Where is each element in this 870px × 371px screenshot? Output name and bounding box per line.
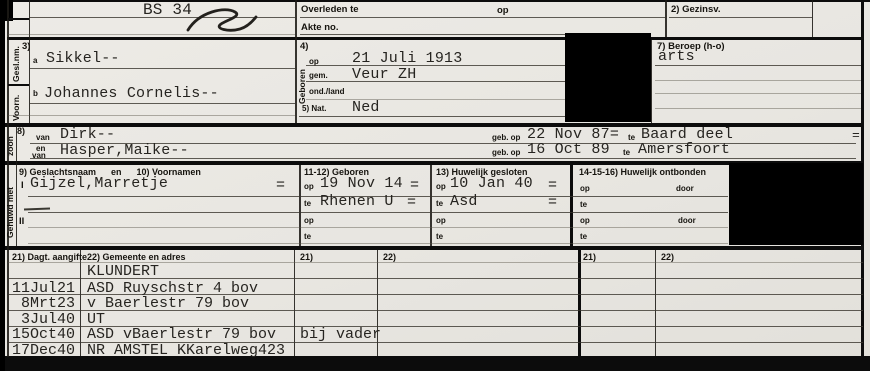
- dissolved-door-label: door: [676, 184, 694, 193]
- father-name-value: Dirk--: [60, 126, 115, 143]
- beroep-value: arts: [658, 48, 695, 65]
- divider: [0, 246, 863, 250]
- born-op2-label: op: [304, 216, 314, 225]
- register-row-address: NR AMSTEL KKarelweg423: [87, 342, 285, 359]
- rule: [655, 80, 861, 81]
- rule: [30, 103, 295, 104]
- marriage-place-value: Asd: [450, 193, 478, 210]
- divider: [430, 165, 432, 246]
- register-row-date: 15Oct40: [8, 326, 75, 343]
- divider: [16, 126, 17, 246]
- geboren-side-label: Geboren: [297, 69, 307, 104]
- nationality-value: Ned: [352, 99, 380, 116]
- te2-label: te: [623, 148, 630, 157]
- mother-birthplace-value: Amersfoort: [638, 141, 730, 158]
- rule: [306, 81, 565, 82]
- register-row-date: 17Dec40: [8, 342, 75, 359]
- dissolved-te-label: te: [580, 200, 587, 209]
- register-col1-header: 21) Dagt. aangifte: [12, 252, 87, 262]
- van-label: van: [36, 133, 50, 142]
- divider: [578, 250, 581, 356]
- surname-value: Sikkel--: [46, 50, 120, 67]
- op-label: op: [497, 5, 509, 16]
- wed-te-label: te: [436, 199, 443, 208]
- mother-birthdate-value: 16 Oct 89: [527, 141, 610, 158]
- dissolved-op2-label: op: [580, 216, 590, 225]
- registration-card: BS 34 Overleden te op Akte no. 2) Gezins…: [0, 0, 870, 371]
- register-col2-header: 22) Gemeente en adres: [87, 252, 186, 262]
- dissolved-op-label: op: [580, 184, 590, 193]
- rule: [299, 116, 565, 117]
- field-3-label: 3): [22, 41, 30, 52]
- divider: [7, 37, 863, 40]
- birth-op-label: op: [309, 57, 319, 66]
- wed-te2-label: te: [436, 232, 443, 241]
- divider: [651, 40, 652, 123]
- field-4-label: 4): [300, 41, 308, 52]
- geb-op-label: geb. op: [492, 133, 520, 142]
- redaction-box: [729, 163, 863, 245]
- wed-op-label: op: [436, 182, 446, 191]
- overleden-te-label: Overleden te: [301, 4, 359, 15]
- register-col3-header: 21): [300, 252, 313, 262]
- rule: [655, 108, 861, 109]
- dissolved-te2-label: te: [580, 232, 587, 241]
- voorn-side-label: Voorn.: [11, 95, 21, 121]
- birth-place-value: Veur ZH: [352, 66, 416, 83]
- register-row-address: ASD vBaerlestr 79 bov: [87, 326, 276, 343]
- geb-op2-label: geb. op: [492, 148, 520, 157]
- divider: [294, 250, 295, 356]
- rule: [28, 212, 728, 213]
- van2-label: van: [32, 151, 46, 160]
- dissolved-door2-label: door: [678, 216, 696, 225]
- sub-b-label: b: [33, 89, 38, 98]
- rule: [669, 17, 812, 18]
- divider: [8, 18, 29, 20]
- birth-ondland-label: ond./land: [309, 87, 345, 96]
- divider: [8, 84, 29, 86]
- rule: [8, 115, 295, 116]
- gehuwd-met-side-label: Gehuwd met: [5, 187, 15, 238]
- rule: [306, 99, 565, 100]
- akte-no-label: Akte no.: [301, 22, 338, 33]
- register-row-date: 8Mrt23: [8, 295, 75, 312]
- field-5-nat-label: 5) Nat.: [302, 104, 326, 113]
- rule: [28, 243, 728, 244]
- birth-gem-label: gem.: [309, 71, 328, 80]
- register-col4-header: 22): [383, 252, 396, 262]
- born-te2-label: te: [304, 232, 311, 241]
- roman-ii-label: II: [19, 216, 24, 227]
- firstnames-value: Johannes Cornelis--: [44, 85, 219, 102]
- roman-i-label: I: [21, 180, 24, 191]
- spouse-birthdate-value: 19 Nov 14: [320, 175, 403, 192]
- divider: [665, 0, 667, 37]
- zoon-side-label: zoon: [5, 136, 15, 156]
- marriage-date-value: 10 Jan 40: [450, 175, 533, 192]
- left-scan-edge: [0, 0, 5, 371]
- divider: [29, 0, 30, 123]
- eq-mark: =: [548, 194, 557, 211]
- divider: [0, 123, 863, 127]
- divider: [812, 0, 813, 37]
- field-14-16-header: 14-15-16) Huwelijk ontbonden: [579, 167, 706, 177]
- rule: [300, 17, 665, 18]
- divider: [295, 0, 297, 123]
- rule: [655, 93, 861, 94]
- born-te-label: te: [304, 199, 311, 208]
- divider: [0, 0, 870, 2]
- register-col5-header: 21): [583, 252, 596, 262]
- birth-date-value: 21 Juli 1913: [352, 50, 462, 67]
- register-col6-header: 22): [661, 252, 674, 262]
- mother-name-value: Hasper,Maike--: [60, 142, 189, 159]
- divider: [80, 250, 81, 356]
- field-8-label: 8): [17, 126, 25, 136]
- divider: [570, 163, 573, 246]
- rule: [300, 34, 565, 35]
- register-row-address: KLUNDERT: [87, 263, 159, 280]
- edge-mark: =: [852, 128, 860, 143]
- handwritten-mark: [183, 4, 263, 38]
- register-row-address: v Baerlestr 79 bov: [87, 295, 249, 312]
- handwritten-dash: [24, 208, 50, 211]
- wed-op2-label: op: [436, 216, 446, 225]
- rule: [655, 65, 861, 66]
- spouse-birthplace-value: Rhenen U: [320, 193, 394, 210]
- register-row-note: bij vader: [300, 326, 381, 343]
- rule: [30, 68, 295, 69]
- gezinsv-label: 2) Gezinsv.: [671, 4, 720, 15]
- sub-a-label: a: [33, 56, 37, 65]
- spouse-name-value: Gijzel,Marretje: [30, 175, 168, 192]
- redaction-box: [565, 33, 651, 122]
- divider: [299, 165, 301, 246]
- eq-mark: =: [410, 177, 419, 194]
- rule: [28, 227, 728, 228]
- te-label: te: [628, 133, 635, 142]
- geslnm-side-label: Gesl.nm.: [11, 46, 21, 82]
- eq-mark: =: [548, 177, 557, 194]
- spouse-eq-mark: =: [276, 177, 285, 194]
- born-op-label: op: [304, 182, 314, 191]
- divider: [655, 250, 656, 356]
- eq-mark: =: [407, 194, 416, 211]
